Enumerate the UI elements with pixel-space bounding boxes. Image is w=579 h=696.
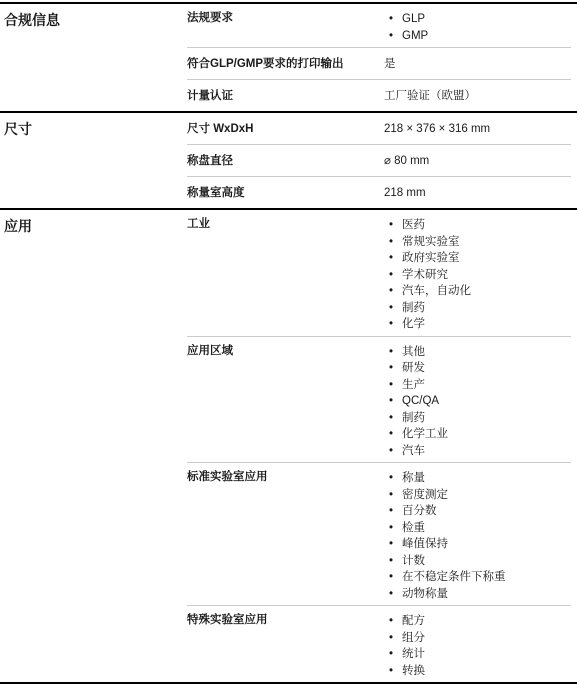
spec-row-glp-gmp-printout: 符合GLP/GMP要求的打印输出 是 (187, 47, 571, 79)
bullet-item: 研发 (384, 360, 571, 377)
spec-value: GLP GMP (384, 4, 571, 47)
spec-row-pan-diameter: 称盘直径 ⌀ 80 mm (187, 144, 571, 176)
section-title-dimensions: 尺寸 (0, 113, 187, 208)
bullet-item: 生产 (384, 377, 571, 394)
spec-row-special-lab-applications: 特殊实验室应用 配方 组分 统计 转换 (187, 605, 571, 682)
spec-label: 法规要求 (187, 4, 384, 47)
spec-value: 称量 密度测定 百分数 检重 峰值保持 计数 在不稳定条件下称重 动物称量 (384, 463, 571, 605)
section-compliance: 合规信息 法规要求 GLP GMP 符合GLP/GMP要求的打印输出 是 计量认… (0, 4, 577, 111)
bullet-item: 政府实验室 (384, 250, 571, 267)
spec-table: 合规信息 法规要求 GLP GMP 符合GLP/GMP要求的打印输出 是 计量认… (0, 2, 577, 684)
bullet-list: 其他 研发 生产 QC/QA 制药 化学工业 汽车 (384, 344, 571, 460)
bullet-item: 百分数 (384, 503, 571, 520)
bullet-item: 计数 (384, 553, 571, 570)
bullet-item: 称量 (384, 470, 571, 487)
bullet-list: 配方 组分 统计 转换 (384, 613, 571, 679)
spec-row-industry: 工业 医药 常规实验室 政府实验室 学术研究 汽车，自动化 制药 化学 (187, 210, 571, 336)
spec-row-dimensions-wdh: 尺寸 WxDxH 218 × 376 × 316 mm (187, 113, 571, 144)
spec-label: 符合GLP/GMP要求的打印输出 (187, 48, 384, 79)
spec-value: 218 mm (384, 177, 571, 208)
spec-value: 是 (384, 48, 571, 79)
spec-value: 218 × 376 × 316 mm (384, 113, 571, 144)
section-rows: 工业 医药 常规实验室 政府实验室 学术研究 汽车，自动化 制药 化学 应用区域 (187, 210, 571, 682)
spec-value: ⌀ 80 mm (384, 145, 571, 176)
bullet-item: GLP (384, 11, 571, 28)
bullet-item: 化学工业 (384, 426, 571, 443)
section-title-applications: 应用 (0, 210, 187, 682)
bullet-item: 汽车，自动化 (384, 283, 571, 300)
bullet-item: 检重 (384, 520, 571, 537)
section-applications: 应用 工业 医药 常规实验室 政府实验室 学术研究 汽车，自动化 制药 化学 (0, 208, 577, 682)
bullet-item: 统计 (384, 646, 571, 663)
spec-label: 特殊实验室应用 (187, 606, 384, 682)
section-title-compliance: 合规信息 (0, 4, 187, 111)
section-rows: 尺寸 WxDxH 218 × 376 × 316 mm 称盘直径 ⌀ 80 mm… (187, 113, 571, 208)
bullet-list: 称量 密度测定 百分数 检重 峰值保持 计数 在不稳定条件下称重 动物称量 (384, 470, 571, 602)
spec-row-regulatory-requirements: 法规要求 GLP GMP (187, 4, 571, 47)
bullet-item: 汽车 (384, 443, 571, 460)
bullet-item: 制药 (384, 300, 571, 317)
bullet-item: 转换 (384, 663, 571, 680)
spec-label: 计量认证 (187, 80, 384, 111)
bullet-item: 化学 (384, 316, 571, 333)
spec-label: 尺寸 WxDxH (187, 113, 384, 144)
bullet-item: 学术研究 (384, 267, 571, 284)
spec-row-chamber-height: 称量室高度 218 mm (187, 176, 571, 208)
spec-value: 工厂验证（欧盟） (384, 80, 571, 111)
spec-value: 其他 研发 生产 QC/QA 制药 化学工业 汽车 (384, 337, 571, 463)
bullet-item: 其他 (384, 344, 571, 361)
spec-value: 配方 组分 统计 转换 (384, 606, 571, 682)
bullet-item: 密度测定 (384, 487, 571, 504)
bullet-item: 峰值保持 (384, 536, 571, 553)
bullet-item: 在不稳定条件下称重 (384, 569, 571, 586)
bullet-list: 医药 常规实验室 政府实验室 学术研究 汽车，自动化 制药 化学 (384, 217, 571, 333)
bullet-item: 组分 (384, 630, 571, 647)
spec-row-metrology-certification: 计量认证 工厂验证（欧盟） (187, 79, 571, 111)
bullet-item: QC/QA (384, 393, 571, 410)
bullet-item: 医药 (384, 217, 571, 234)
spec-value: 医药 常规实验室 政府实验室 学术研究 汽车，自动化 制药 化学 (384, 210, 571, 336)
section-rows: 法规要求 GLP GMP 符合GLP/GMP要求的打印输出 是 计量认证 工厂验… (187, 4, 571, 111)
bullet-list: GLP GMP (384, 11, 571, 44)
section-dimensions: 尺寸 尺寸 WxDxH 218 × 376 × 316 mm 称盘直径 ⌀ 80… (0, 111, 577, 208)
bullet-item: 常规实验室 (384, 234, 571, 251)
spec-label: 称盘直径 (187, 145, 384, 176)
spec-label: 标准实验室应用 (187, 463, 384, 605)
bullet-item: 配方 (384, 613, 571, 630)
bullet-item: 制药 (384, 410, 571, 427)
spec-label: 称量室高度 (187, 177, 384, 208)
spec-row-application-area: 应用区域 其他 研发 生产 QC/QA 制药 化学工业 汽车 (187, 336, 571, 463)
spec-row-standard-lab-applications: 标准实验室应用 称量 密度测定 百分数 检重 峰值保持 计数 在不稳定条件下称重… (187, 462, 571, 605)
bullet-item: GMP (384, 28, 571, 45)
bullet-item: 动物称量 (384, 586, 571, 603)
spec-label: 应用区域 (187, 337, 384, 463)
spec-label: 工业 (187, 210, 384, 336)
